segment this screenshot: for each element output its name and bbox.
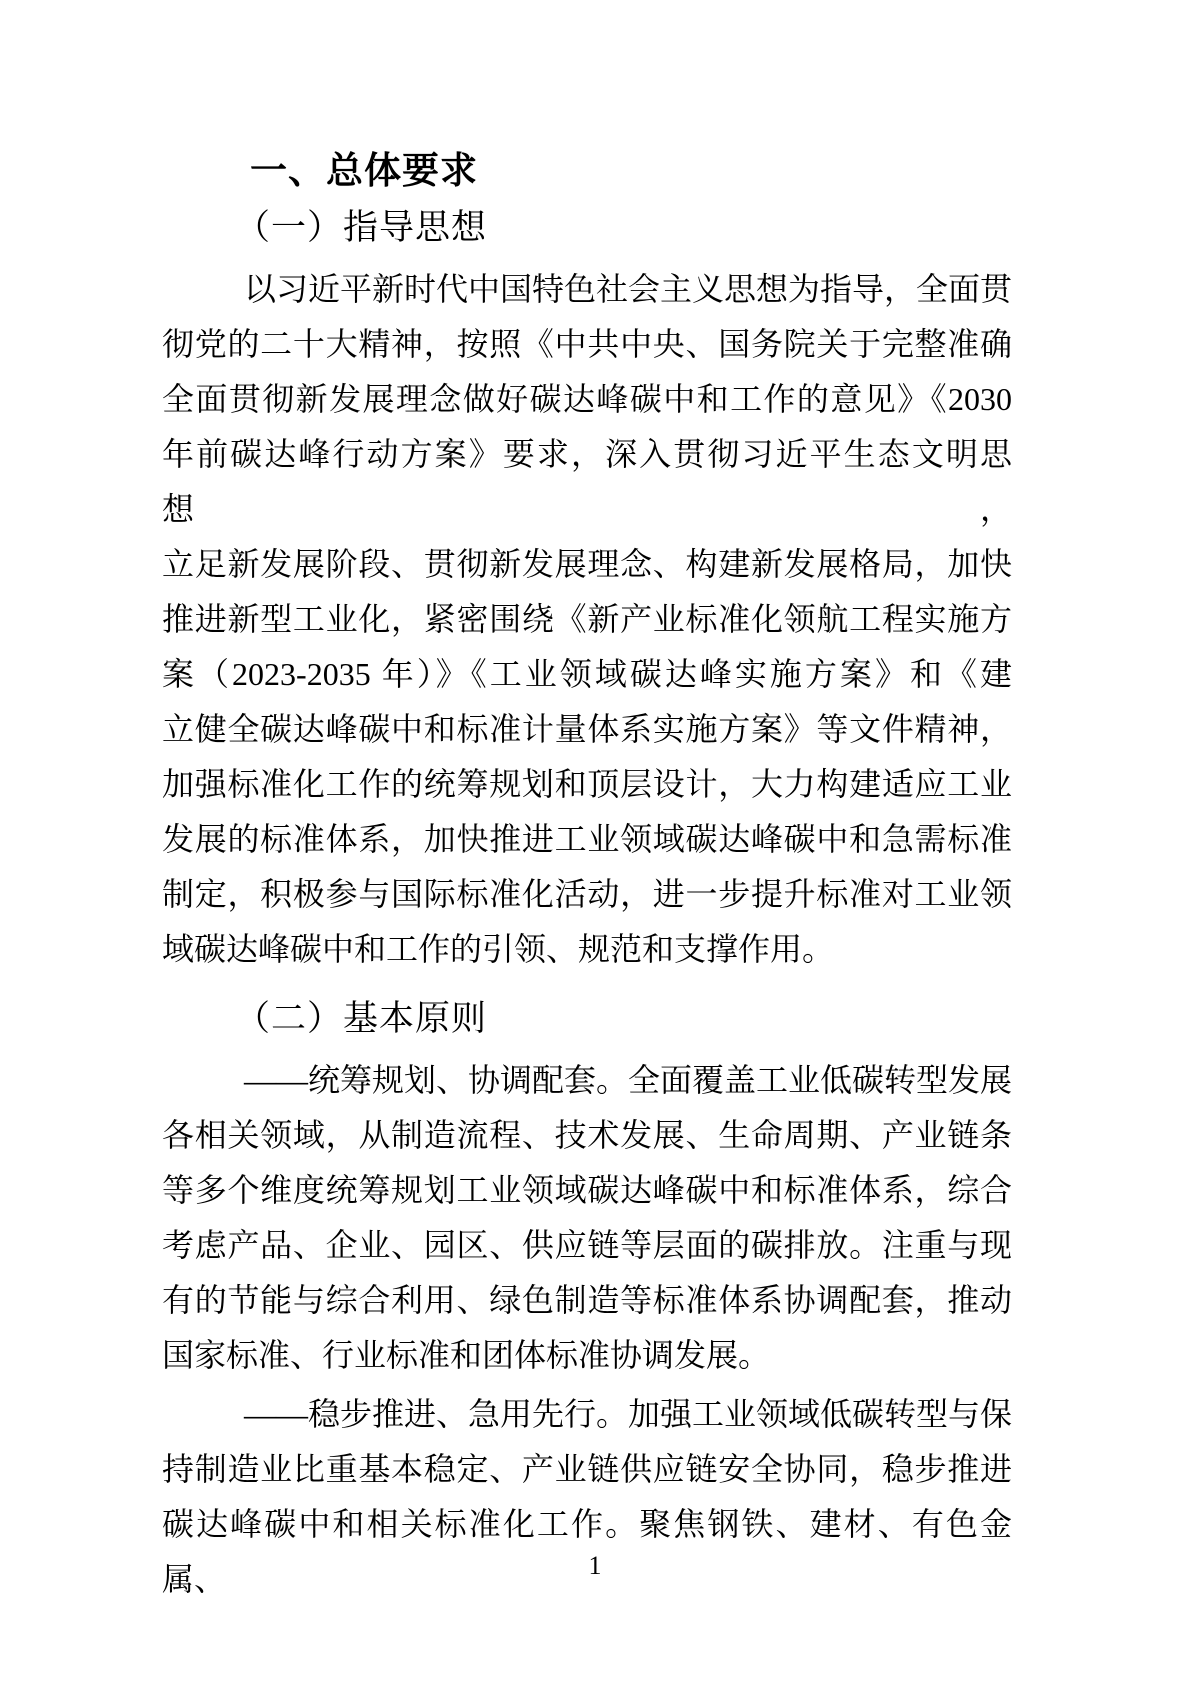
paragraph-principle-overall-planning: ——统筹规划、协调配套。全面覆盖工业低碳转型发展各相关领域，从制造流程、技术发展…: [162, 1053, 1012, 1383]
page-number: 1: [0, 1550, 1190, 1582]
text-line: 各相关领域，从制造流程、技术发展、生命周期、产业链条: [162, 1108, 1012, 1163]
text-line: 加强标准化工作的统筹规划和顶层设计，大力构建适应工业: [162, 757, 1012, 812]
text-line: 年前碳达峰行动方案》要求，深入贯彻习近平生态文明思想，: [162, 427, 1012, 537]
text-line: 彻党的二十大精神，按照《中共中央、国务院关于完整准确: [162, 317, 1012, 372]
text-line: 案（2023-2035 年）》《工业领域碳达峰实施方案》和《建: [162, 647, 1012, 702]
text-line: 推进新型工业化，紧密围绕《新产业标准化领航工程实施方: [162, 592, 1012, 647]
section-heading: 一、总体要求: [162, 142, 1012, 200]
text-line: ——稳步推进、急用先行。加强工业领域低碳转型与保: [162, 1387, 1012, 1442]
subsection-heading-guiding-ideology: （一）指导思想: [162, 200, 1012, 256]
text-line: 有的节能与综合利用、绿色制造等标准体系协调配套，推动: [162, 1273, 1012, 1328]
paragraph-guiding-ideology: 以习近平新时代中国特色社会主义思想为指导，全面贯彻党的二十大精神，按照《中共中央…: [162, 262, 1012, 977]
text-line: 制定，积极参与国际标准化活动，进一步提升标准对工业领: [162, 867, 1012, 922]
text-line: 立足新发展阶段、贯彻新发展理念、构建新发展格局，加快: [162, 537, 1012, 592]
text-line: 域碳达峰碳中和工作的引领、规范和支撑作用。: [162, 922, 1012, 977]
document-page: 一、总体要求 （一）指导思想 以习近平新时代中国特色社会主义思想为指导，全面贯彻…: [0, 0, 1190, 1683]
text-line: 国家标准、行业标准和团体标准协调发展。: [162, 1328, 1012, 1383]
text-line: 以习近平新时代中国特色社会主义思想为指导，全面贯: [162, 262, 1012, 317]
text-line: 发展的标准体系，加快推进工业领域碳达峰碳中和急需标准: [162, 812, 1012, 867]
text-line: 持制造业比重基本稳定、产业链供应链安全协同，稳步推进: [162, 1442, 1012, 1497]
text-line: ——统筹规划、协调配套。全面覆盖工业低碳转型发展: [162, 1053, 1012, 1108]
text-line: 等多个维度统筹规划工业领域碳达峰碳中和标准体系，综合: [162, 1163, 1012, 1218]
text-line: 全面贯彻新发展理念做好碳达峰碳中和工作的意见》《2030: [162, 372, 1012, 427]
document-content: 一、总体要求 （一）指导思想 以习近平新时代中国特色社会主义思想为指导，全面贯彻…: [162, 142, 1012, 1607]
subsection-heading-basic-principles: （二）基本原则: [162, 991, 1012, 1047]
text-line: 立健全碳达峰碳中和标准计量体系实施方案》等文件精神，: [162, 702, 1012, 757]
text-line: 考虑产品、企业、园区、供应链等层面的碳排放。注重与现: [162, 1218, 1012, 1273]
